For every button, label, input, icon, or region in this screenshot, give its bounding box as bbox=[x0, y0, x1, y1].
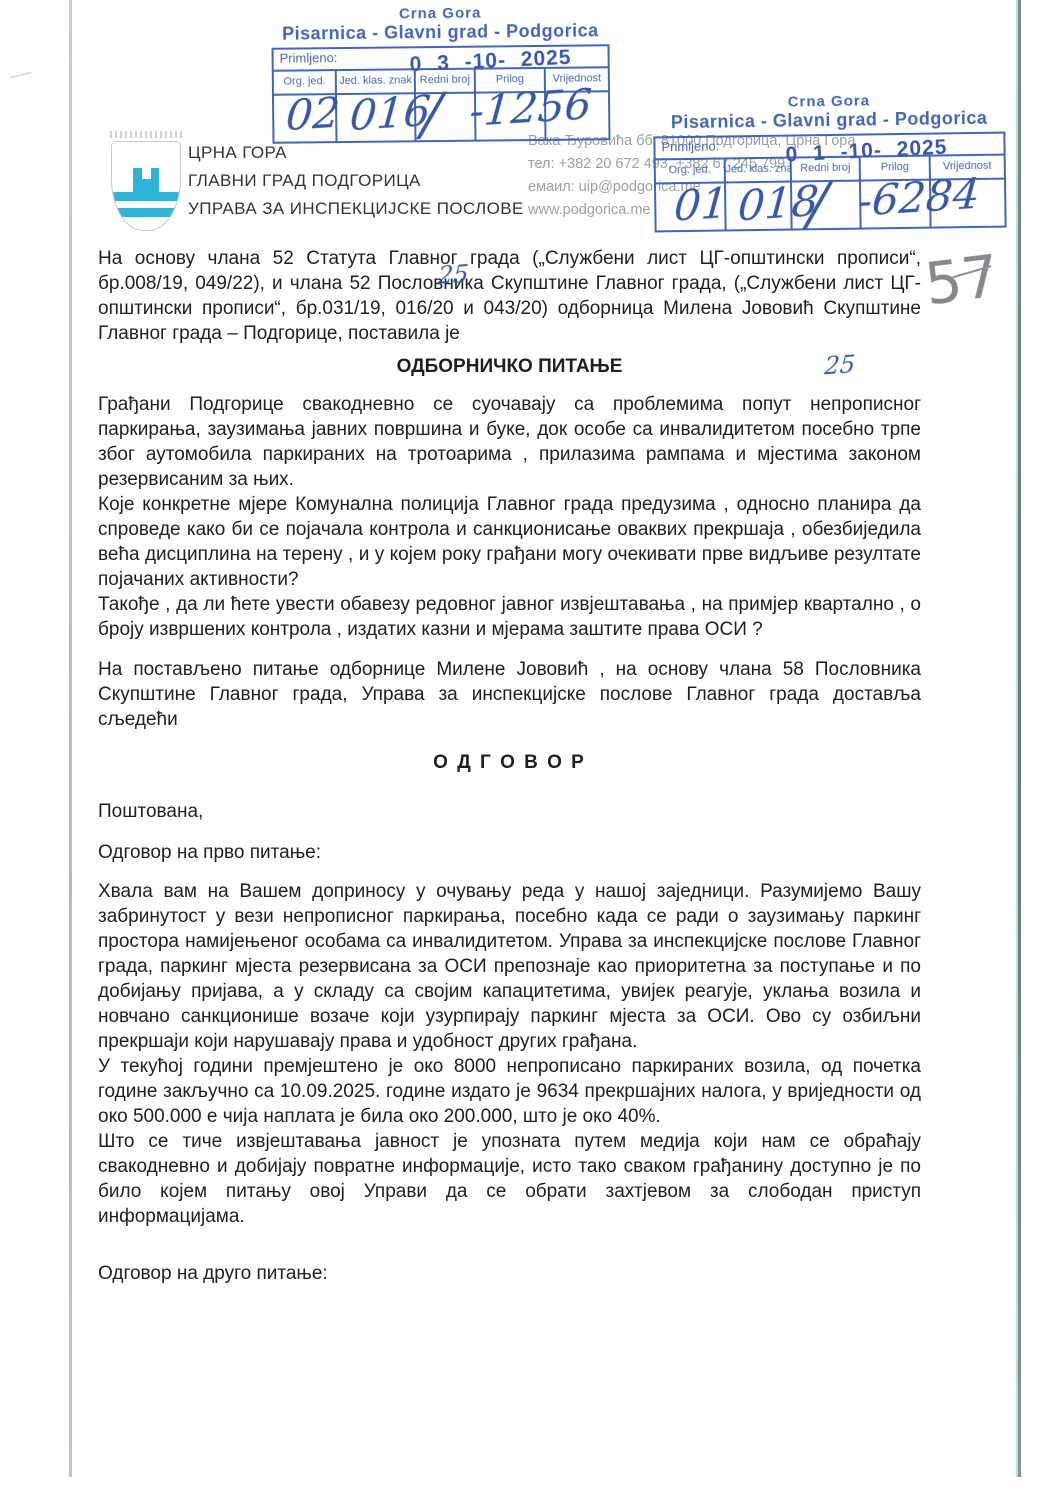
answer1-paragraph-2: У текућој години премјештено је око 8000… bbox=[98, 1054, 921, 1129]
handwritten-page-number: 57 bbox=[921, 242, 1003, 318]
scribble-digits: 57 bbox=[921, 242, 1003, 318]
river-stripe-1 bbox=[112, 192, 180, 201]
tower-notch bbox=[142, 168, 151, 179]
handwritten-org-jed: 01 bbox=[673, 182, 730, 228]
handwritten-slash: / bbox=[807, 184, 829, 227]
intake-stamp-1: Crna Gora Pisarnica - Glavni grad - Podg… bbox=[271, 4, 611, 186]
stamp-office-line: Pisarnica - Glavni grad - Podgorica bbox=[653, 108, 1005, 133]
coat-of-arms-motto-script bbox=[110, 131, 182, 138]
answer2-label: Одговор на друго питање: bbox=[98, 1261, 921, 1286]
question-title: ОДБОРНИЧКО ПИТАЊЕ bbox=[98, 354, 921, 379]
question-paragraph-3: Такође , да ли ћете увести обавезу редов… bbox=[98, 592, 921, 642]
handwritten-klas-znak: 016 bbox=[348, 90, 432, 137]
answer1-paragraph-3: Што се тиче извјештавања јавност је упоз… bbox=[98, 1129, 921, 1229]
letterhead-department: УПРАВА ЗА ИНСПЕКЦИЈСКЕ ПОСЛОВЕ bbox=[188, 195, 524, 223]
handwritten-org-jed: 02 bbox=[284, 92, 341, 137]
scan-smudge-mark bbox=[10, 71, 32, 78]
scan-edge-gray-core bbox=[1018, 0, 1021, 1477]
handwritten-number: -1256 bbox=[468, 83, 593, 133]
question-paragraph-1: Грађани Подгорице свакодневно се суочава… bbox=[98, 392, 921, 492]
scan-edge-line-left bbox=[69, 0, 72, 1477]
answer-title: О Д Г О В О Р bbox=[98, 750, 921, 775]
answer1-paragraph-1: Хвала вам на Вашем доприносу у очувању р… bbox=[98, 879, 921, 1054]
answer1-label: Одговор на прво питање: bbox=[98, 840, 921, 865]
handwritten-number: -6284 bbox=[856, 173, 981, 223]
river-stripe-2 bbox=[112, 208, 180, 217]
question-paragraph-2: Које конкретне мјере Комунална полиција … bbox=[98, 492, 921, 592]
scanned-document-page: { "page": { "scribble": "57" }, "stamps"… bbox=[0, 0, 1058, 1497]
handwritten-slash: / bbox=[421, 94, 443, 137]
salutation: Поштована, bbox=[98, 799, 921, 824]
tower-icon bbox=[133, 168, 159, 192]
scan-edge-line-right bbox=[1016, 0, 1022, 1477]
shield-icon bbox=[111, 141, 181, 231]
document-body: На основу члана 52 Статута Главног града… bbox=[98, 246, 921, 1286]
podgorica-coat-of-arms bbox=[108, 131, 184, 233]
transition-paragraph: На постављено питање одборнице Милене Јо… bbox=[98, 657, 921, 732]
stamp-office-line: Pisarnica - Glavni grad - Podgorica bbox=[271, 20, 609, 44]
